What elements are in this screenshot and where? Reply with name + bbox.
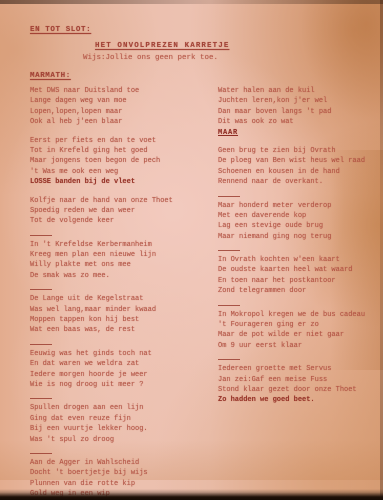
song-line: Dit was ook zo wat	[218, 117, 378, 127]
song-line: En dat waren we weldra zat	[30, 359, 215, 369]
song-line: De oudste kaarten heel wat waard	[218, 265, 378, 275]
song-line: Geen brug te zien bij Ovrath	[218, 146, 378, 156]
song-line: LOSSE banden bij de vleet	[30, 177, 215, 187]
scan-edge-shadow-bottom	[0, 489, 383, 500]
stanza: In Mokropol kregen we de bus cadeau't Fo…	[218, 305, 378, 352]
song-line: Kreeg men plan een nieuwe lijn	[30, 250, 215, 260]
stanza-separator-line	[218, 359, 240, 360]
song-line: Kolfje naar de hand van onze Thoet	[30, 196, 215, 206]
song-line: Lag een stevige oude brug	[218, 221, 378, 231]
stanza: Spullen drogen aan een lijnGing dat even…	[30, 398, 215, 445]
song-line: Plunnen van die rotte kip	[30, 479, 215, 489]
stanza: In Ovrath kochten w'een kaartDe oudste k…	[218, 250, 378, 297]
stanza-separator-line	[218, 196, 240, 197]
song-line: In Ovrath kochten w'een kaart	[218, 255, 378, 265]
song-line: Rennend naar de overkant.	[218, 177, 378, 187]
stanza-separator-line	[30, 398, 52, 399]
stanza: Eerst per fiets en dan te voetTot in Kre…	[30, 136, 215, 188]
song-line: Maar honderd meter verderop	[218, 201, 378, 211]
stanza-separator-line	[218, 250, 240, 251]
song-line: Docht 't boertjetje bij wijs	[30, 468, 215, 478]
scanned-song-sheet: EN TOT SLOT: HET ONVOLPREZEN KARRETJE Wi…	[0, 0, 383, 500]
stanza-separator-line	[218, 305, 240, 306]
song-line: Water halen aan de kuil	[218, 86, 378, 96]
song-line: De ploeg van Ben wist heus wel raad	[218, 156, 378, 166]
song-line: Lopen,lopen,lopen maar	[30, 107, 215, 117]
song-line: Juchten leren,kon j'er wel	[218, 96, 378, 106]
closing-label: EN TOT SLOT:	[30, 26, 91, 34]
song-line: De smak was zo mee.	[30, 271, 215, 281]
song-line: MAAR	[218, 128, 378, 138]
section-label: MARMATH:	[30, 72, 71, 80]
song-line: Lange dagen weg van moe	[30, 96, 215, 106]
stanza: Geen brug te zien bij OvrathDe ploeg van…	[218, 146, 378, 188]
stanza: Eeuwig was het ginds toch natEn dat ware…	[30, 344, 215, 391]
melody-line: Wijs:Jollie ons geen perk toe.	[83, 54, 218, 62]
song-line: Maar jongens toen begon de pech	[30, 156, 215, 166]
song-line: In 't Krefeldse Kerbermanheim	[30, 240, 215, 250]
stanza-separator-line	[30, 453, 52, 454]
stanza: De Lange uit de KegelstraatWas wel lang,…	[30, 289, 215, 336]
song-line: Maar de pot wilde er niet gaar	[218, 330, 378, 340]
song-line: Iedere morgen hoorde je weer	[30, 370, 215, 380]
song-line: Aan de Agger in Wahlscheid	[30, 458, 215, 468]
song-line: Dan maar boven langs 't pad	[218, 107, 378, 117]
song-line: Eeuwig was het ginds toch nat	[30, 349, 215, 359]
song-line: En toen naar het postkantoor	[218, 276, 378, 286]
song-line: Met DWS naar Duitsland toe	[30, 86, 215, 96]
lyrics-column-right: Water halen aan de kuilJuchten leren,kon…	[218, 86, 378, 414]
song-line: Met een daverende kop	[218, 211, 378, 221]
song-line: Spoedig reden we dan weer	[30, 206, 215, 216]
lyrics-column-left: Met DWS naar Duitsland toeLange dagen we…	[30, 86, 215, 500]
song-line: Zond telegrammen door	[218, 286, 378, 296]
song-line: De Lange uit de Kegelstraat	[30, 294, 215, 304]
song-line: Wie is nog droog uit meer ?	[30, 380, 215, 390]
stanza: Kolfje naar de hand van onze ThoetSpoedi…	[30, 196, 215, 227]
song-line: Iedereen groette met Servus	[218, 364, 378, 374]
song-line: Was wel lang,maar minder kwaad	[30, 305, 215, 315]
stanza: Iedereen groette met ServusJan zei:Gaf e…	[218, 359, 378, 406]
stanza-separator-line	[30, 344, 52, 345]
song-line: Zo hadden we goed beet.	[218, 395, 378, 405]
song-line: Tot de volgende keer	[30, 216, 215, 226]
stanza-separator-line	[30, 289, 52, 290]
song-line: Ook al heb j'een blaar	[30, 117, 215, 127]
song-line: 't Fourageren ging er zo	[218, 320, 378, 330]
song-line: In Mokropol kregen we de bus cadeau	[218, 310, 378, 320]
song-line: Om 9 uur eerst klaar	[218, 341, 378, 351]
song-line: Eerst per fiets en dan te voet	[30, 136, 215, 146]
song-line: Moppen tappen kon hij best	[30, 315, 215, 325]
stanza: Water halen aan de kuilJuchten leren,kon…	[218, 86, 378, 138]
song-line: Maar niemand ging nog terug	[218, 232, 378, 242]
stanza: Met DWS naar Duitsland toeLange dagen we…	[30, 86, 215, 128]
stanza: Maar honderd meter verderopMet een daver…	[218, 196, 378, 243]
song-line: Wat een baas was, de rest	[30, 325, 215, 335]
song-line: 't Was me ook een weg	[30, 167, 215, 177]
song-line: Bij een vuurtje lekker hoog.	[30, 424, 215, 434]
song-line: Tot in Krefeld ging het goed	[30, 146, 215, 156]
song-line: Was 't spul zo droog	[30, 435, 215, 445]
song-line: Stond klaar gezet door onze Thoet	[218, 385, 378, 395]
scan-edge-shadow-top	[0, 0, 383, 4]
song-line: Ging dat even reuze fijn	[30, 414, 215, 424]
song-line: Willy plakte met ons mee	[30, 260, 215, 270]
stanza: In 't Krefeldse KerbermanheimKreeg men p…	[30, 235, 215, 282]
song-line: Jan zei:Gaf een meise Fuss	[218, 375, 378, 385]
stanza-separator-line	[30, 235, 52, 236]
song-title: HET ONVOLPREZEN KARRETJE	[95, 42, 229, 50]
song-line: Spullen drogen aan een lijn	[30, 403, 215, 413]
song-line: Schoenen en kousen in de hand	[218, 167, 378, 177]
